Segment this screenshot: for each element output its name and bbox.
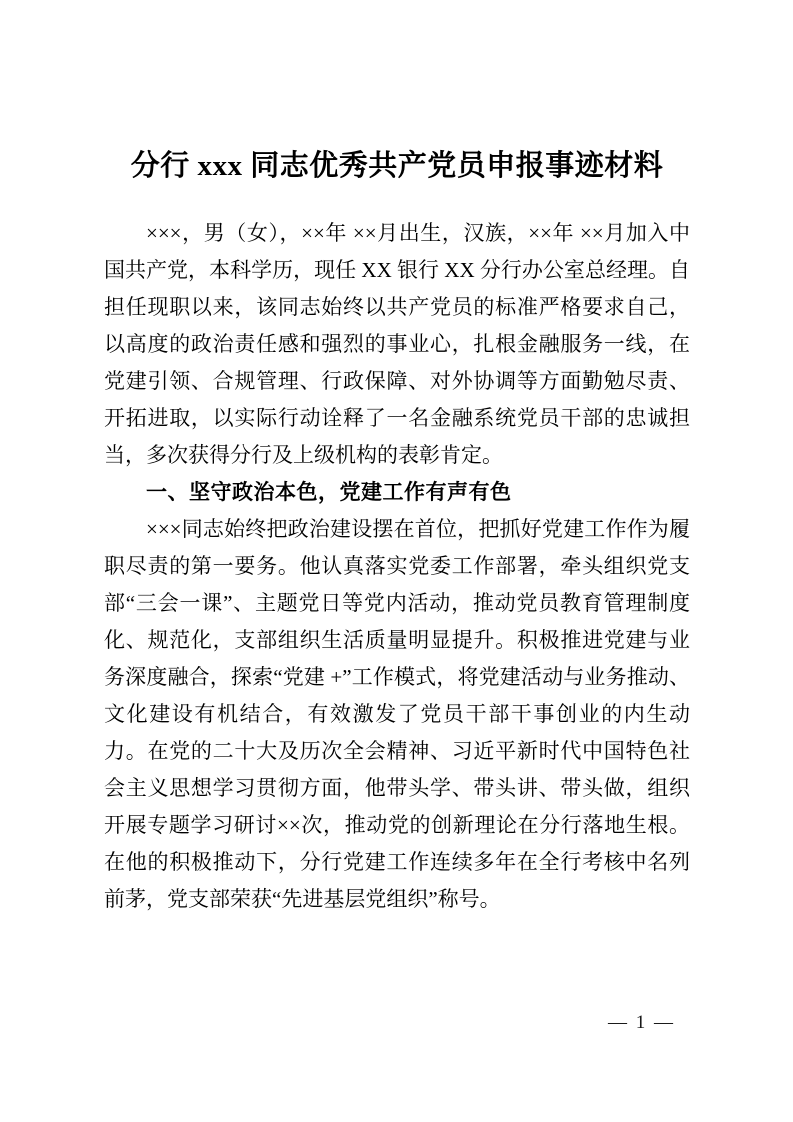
- section-1-heading: 一、坚守政治本色，党建工作有声有色: [104, 474, 690, 511]
- document-title: 分行 xxx 同志优秀共产党员申报事迹材料: [104, 150, 690, 182]
- page-number: — 1 —: [608, 1010, 675, 1036]
- document-page: 分行 xxx 同志优秀共产党员申报事迹材料 ×××，男（女），××年 ××月出生…: [0, 0, 793, 1122]
- intro-paragraph: ×××，男（女），××年 ××月出生，汉族，××年 ××月加入中国共产党，本科学…: [104, 215, 690, 474]
- section-1-paragraph: ×××同志始终把政治建设摆在首位，把抓好党建工作作为履职尽责的第一要务。他认真落…: [104, 511, 690, 918]
- document-body: 分行 xxx 同志优秀共产党员申报事迹材料 ×××，男（女），××年 ××月出生…: [104, 150, 690, 918]
